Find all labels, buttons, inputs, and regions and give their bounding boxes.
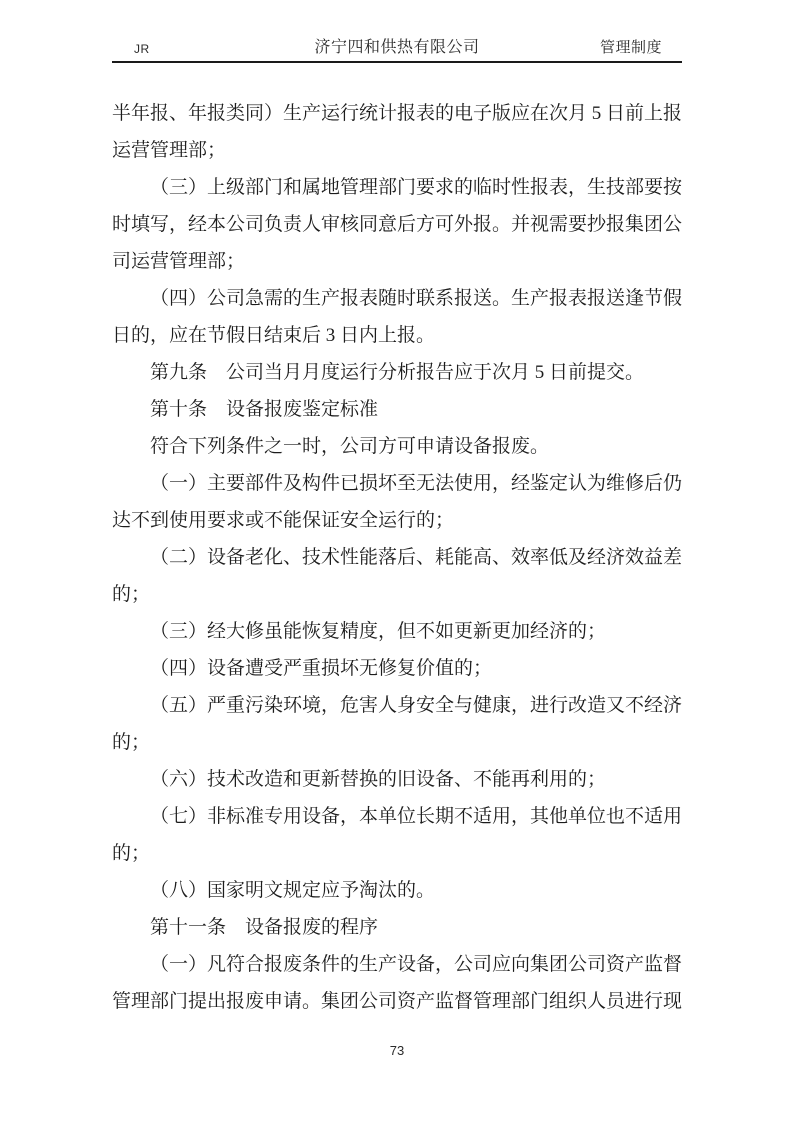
page-footer: 73: [0, 1042, 794, 1060]
header-doc-type-label: 管理制度: [600, 36, 662, 57]
paragraph: （一）凡符合报废条件的生产设备，公司应向集团公司资产监督管理部门提出报废申请。集…: [112, 946, 682, 1020]
page-header: JR 济宁四和供热有限公司 管理制度: [112, 36, 682, 63]
paragraph: （六）技术改造和更新替换的旧设备、不能再利用的；: [112, 761, 682, 798]
paragraph: （一）主要部件及构件已损坏至无法使用，经鉴定认为维修后仍达不到使用要求或不能保证…: [112, 465, 682, 539]
paragraph: 第九条 公司当月月度运行分析报告应于次月 5 日前提交。: [112, 354, 682, 391]
header-company-name: 济宁四和供热有限公司: [112, 34, 682, 57]
paragraph: （二）设备老化、技术性能落后、耗能高、效率低及经济效益差的；: [112, 539, 682, 613]
paragraph: 第十条 设备报废鉴定标准: [112, 391, 682, 428]
paragraph: 半年报、年报类同）生产运行统计报表的电子版应在次月 5 日前上报运营管理部；: [112, 95, 682, 169]
paragraph: 符合下列条件之一时，公司方可申请设备报废。: [112, 428, 682, 465]
paragraph: （三）上级部门和属地管理部门要求的临时性报表，生技部要按时填写，经本公司负责人审…: [112, 169, 682, 280]
document-page: JR 济宁四和供热有限公司 管理制度 半年报、年报类同）生产运行统计报表的电子版…: [0, 0, 794, 1123]
document-body: 半年报、年报类同）生产运行统计报表的电子版应在次月 5 日前上报运营管理部；（三…: [112, 95, 682, 1020]
paragraph: （七）非标准专用设备，本单位长期不适用，其他单位也不适用的；: [112, 798, 682, 872]
paragraph: （四）公司急需的生产报表随时联系报送。生产报表报送逢节假日的，应在节假日结束后 …: [112, 280, 682, 354]
paragraph: （五）严重污染环境，危害人身安全与健康，进行改造又不经济的；: [112, 687, 682, 761]
page-number: 73: [390, 1043, 404, 1058]
paragraph: （三）经大修虽能恢复精度，但不如更新更加经济的；: [112, 613, 682, 650]
paragraph: （四）设备遭受严重损坏无修复价值的；: [112, 650, 682, 687]
paragraph: （八）国家明文规定应予淘汰的。: [112, 872, 682, 909]
paragraph: 第十一条 设备报废的程序: [112, 909, 682, 946]
